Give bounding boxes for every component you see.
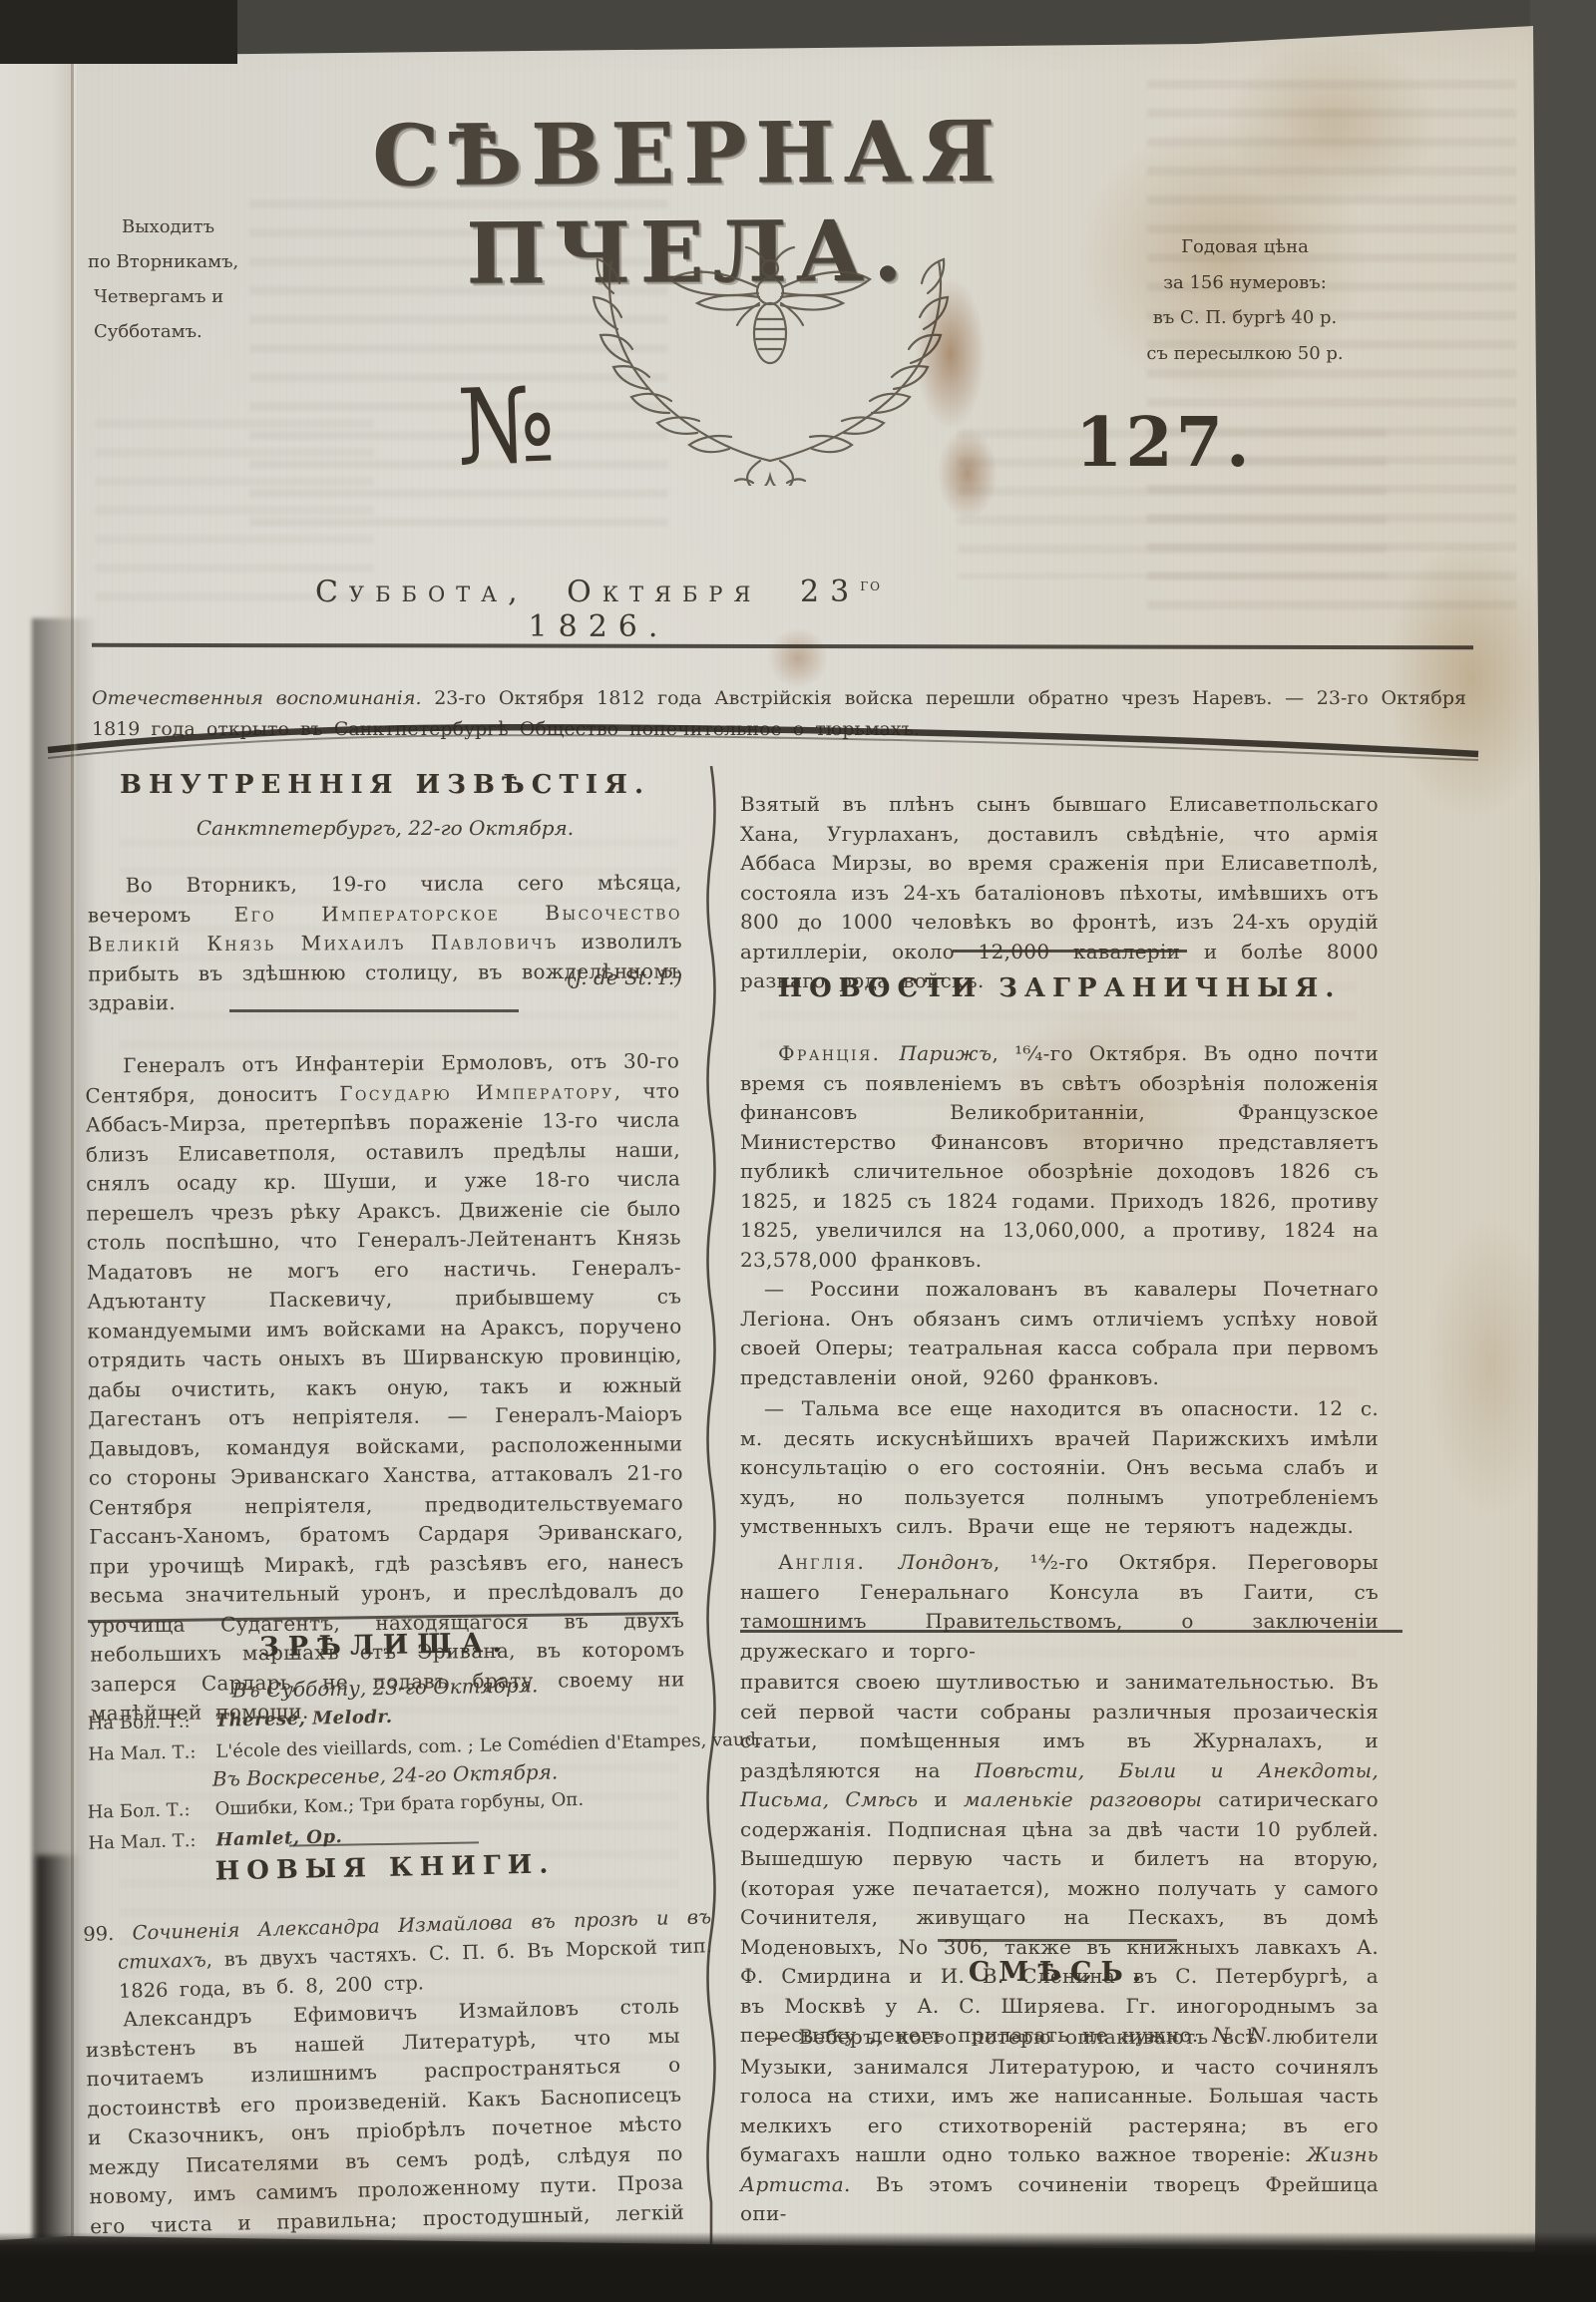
issue-number: 127. xyxy=(1075,403,1253,483)
text-segment: сатирическаго содержанія. Подписная цѣна… xyxy=(740,1787,1379,2047)
text-segment: Государю Императору xyxy=(339,1078,614,1104)
rossini-news-paragraph: — Россини пожалованъ въ кавалеры Почетна… xyxy=(740,1275,1379,1392)
dateline-year: 1826. xyxy=(529,609,669,644)
text-segment: Англія. xyxy=(778,1550,899,1574)
talma-news-paragraph: — Тальма все еще находится въ опасности.… xyxy=(740,1394,1379,1542)
subscription-price: Годовая цѣна за 156 нумеровъ: въ С. П. б… xyxy=(1115,229,1375,371)
weber-paragraph: — Веберъ, коего потерю оплакиваютъ всѣ л… xyxy=(740,2023,1379,2229)
schedule-line: по Вторникамъ, xyxy=(88,244,337,279)
text-segment: и xyxy=(918,1787,964,1811)
dateline-ordinal: го xyxy=(860,575,882,595)
price-line: за 156 нумеровъ: xyxy=(1115,265,1375,301)
paragraph-divider-rule xyxy=(953,950,1187,953)
home-news-dateline: Санктпетербургъ, 22-го Октября. xyxy=(88,816,682,840)
scan-backdrop xyxy=(1530,0,1596,2302)
text-segment: , ¹⁶⁄₄-го Октября. Въ одно почти время с… xyxy=(740,1041,1379,1272)
section-heading-home-news: ВНУТРЕННІЯ ИЗВѢСТІЯ. xyxy=(88,770,682,800)
section-heading-miscellany: СМѢСЬ. xyxy=(740,1957,1379,1988)
home-news-paragraph: Во Вторникъ, 19-го числа сего мѣсяца, ве… xyxy=(88,868,683,1018)
memorial-lead: Отечественныя воспоминанія. xyxy=(92,687,422,709)
price-line: Годовая цѣна xyxy=(1115,229,1375,265)
text-segment: Франція. xyxy=(778,1041,900,1065)
book-entry: 99. Сочиненія Александра Измайлова въ пр… xyxy=(87,1902,713,2006)
issue-number-symbol: № xyxy=(455,363,558,488)
schedule-line: Выходитъ xyxy=(88,209,337,244)
book-review-paragraph: Александръ Ефимовичъ Измайловъ столь изв… xyxy=(85,1992,685,2271)
schedule-line: Четвергамъ и xyxy=(88,279,337,314)
issue-dateline: Суббота, Октября 23го 1826. xyxy=(249,575,948,644)
price-line: въ С. П. бургѣ 40 р. xyxy=(1115,300,1375,336)
binding-gutter-shadow xyxy=(36,1855,80,2244)
publication-schedule: Выходитъ по Вторникамъ, Четвергамъ и Суб… xyxy=(88,209,337,349)
text-segment: — Веберъ, коего потерю оплакиваютъ всѣ л… xyxy=(740,2025,1379,2166)
text-segment: Парижъ xyxy=(900,1041,993,1065)
newspaper-sheet: СѢВЕРНАЯ ПЧЕЛА. Выходитъ по Вторникамъ, … xyxy=(0,0,1596,2302)
price-line: съ пересылкою 50 р. xyxy=(1115,336,1375,372)
paragraph-divider-rule xyxy=(229,1009,519,1012)
scan-backdrop-bottom xyxy=(0,2232,1596,2302)
prisoner-report-paragraph: Взятый въ плѣнъ сынъ бывшаго Елисаветпол… xyxy=(740,790,1379,996)
section-divider-rule xyxy=(740,1630,1402,1633)
book-review-continuation: правится своею шутливостью и занимательн… xyxy=(740,1668,1379,2051)
source-credit: (J. de St. P.) xyxy=(88,965,742,989)
text-segment: маленькіе разговоры xyxy=(964,1787,1202,1811)
scanned-newspaper-page: СѢВЕРНАЯ ПЧЕЛА. Выходитъ по Вторникамъ, … xyxy=(0,0,1596,2302)
france-news-paragraph: Франція. Парижъ, ¹⁶⁄₄-го Октября. Въ одн… xyxy=(740,1039,1379,1275)
paragraph-divider-rule xyxy=(938,1939,1177,1942)
text-segment: Лондонъ xyxy=(899,1550,994,1574)
england-news-paragraph: Англія. Лондонъ, ¹⁴⁄₂-го Октября. Перего… xyxy=(740,1548,1379,1666)
schedule-line: Субботамъ. xyxy=(88,314,337,349)
dateline-text: Суббота, Октября 23 xyxy=(315,575,860,609)
section-heading-foreign-news: НОВОСТИ ЗАГРАНИЧНЫЯ. xyxy=(740,973,1379,1003)
section-swash-rule xyxy=(40,718,1486,762)
bee-laurel-wreath-icon xyxy=(574,221,968,486)
scan-backdrop-corner xyxy=(0,0,237,64)
